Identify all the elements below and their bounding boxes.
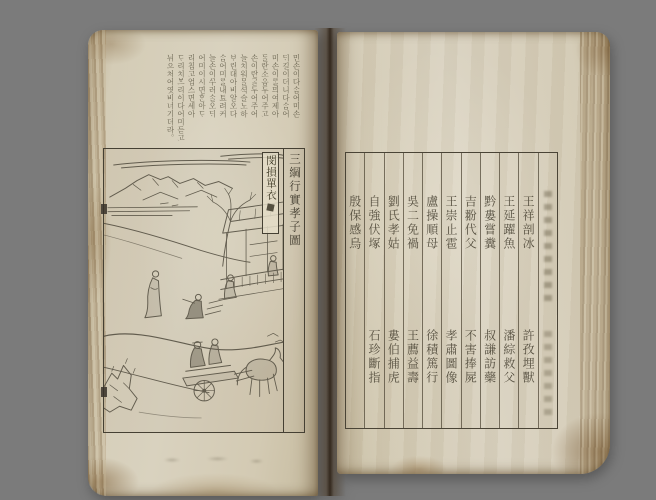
story-title-top: 王祥剖冰: [520, 195, 537, 251]
story-title-top: 盧操順母: [424, 195, 441, 251]
story-title-bottom: 孝肅圖像: [443, 329, 460, 385]
contents-column: 殷保感烏: [346, 153, 364, 428]
photo-background: 민손이다ᄉᆞᆷ어미손 ᄃᆡ길이더니다ᄉᆞᆷ어 미손이ᄅᆞᆯ믜여제아 ᄃᆞᆯ란소옴…: [0, 0, 656, 500]
woodblock-illustration: 閔損單衣: [104, 149, 283, 432]
story-title-top: 吳二免禍: [405, 195, 422, 251]
contents-column: 自強伏塚 石珍斷指: [364, 153, 383, 428]
story-title-top: 王延躍魚: [501, 195, 518, 251]
hangul-column: ᄃᆞ리치ᄫᅳ리ᅌᅵ다어미듣고: [176, 54, 186, 149]
faint-gutter-column: [538, 153, 557, 428]
story-title-bottom: 石珍斷指: [366, 329, 383, 385]
hangul-column: ᄃᆡ길이더니다ᄉᆞᆷ어: [281, 54, 291, 149]
hangul-column: 손이란ᄀᆞᆯ두어주어: [249, 54, 259, 149]
ink-smear: [544, 325, 552, 415]
story-title-top: 黔婁嘗糞: [482, 195, 499, 251]
hangul-column: 늘치워ᄆᆞᆯ셕슬노하: [239, 54, 249, 149]
contents-grid: 王祥剖冰 許孜埋獸 王延躍魚 潘綜救父 黔婁嘗糞 叔謙訪藥 吉翂代父 不害捧屍: [346, 153, 557, 428]
right-page: 王祥剖冰 許孜埋獸 王延躍魚 潘綜救父 黔婁嘗糞 叔謙訪藥 吉翂代父 不害捧屍: [337, 32, 610, 474]
contents-column: 王祥剖冰 許孜埋獸: [518, 153, 537, 428]
hangul-column: 민손이다ᄉᆞᆷ어미손: [291, 54, 301, 149]
hangul-column: 미손이ᄅᆞᆯ믜여제아: [270, 54, 280, 149]
seal-mark: [266, 203, 274, 211]
story-title-bottom: 潘綜救父: [501, 329, 518, 385]
contents-frame: 王祥剖冰 許孜埋獸 王延躍魚 潘綜救父 黔婁嘗糞 叔謙訪藥 吉翂代父 不害捧屍: [345, 152, 558, 429]
hangul-column: ᄇᆞ린대아비알오다: [228, 54, 238, 149]
contents-column: 盧操順母 徐積篤行: [422, 153, 441, 428]
hangul-column: 뉘으처어엿비너기더라。: [165, 54, 175, 149]
story-title-cartouche: 閔損單衣: [262, 152, 279, 234]
contents-column: 黔婁嘗糞 叔謙訪藥: [480, 153, 499, 428]
contents-column: 吳二免禍 王薦益壽: [403, 153, 422, 428]
contents-column: 王崇止雹 孝肅圖像: [441, 153, 460, 428]
story-title-top: 吉翂代父: [462, 195, 479, 251]
story-title-bottom: 婁伯捕虎: [385, 329, 402, 385]
story-title-bottom: 王薦益壽: [405, 329, 422, 385]
story-title-top: 劉氏孝姑: [385, 195, 402, 251]
hangul-column: 리칩고업스면세아: [186, 54, 196, 149]
ink-smudge: [146, 454, 276, 466]
book: 민손이다ᄉᆞᆷ어미손 ᄃᆡ길이더니다ᄉᆞᆷ어 미손이ᄅᆞᆯ믜여제아 ᄃᆞᆯ란소옴…: [88, 28, 612, 498]
contents-column: 吉翂代父 不害捧屍: [461, 153, 480, 428]
story-title-top: 殷保感烏: [347, 195, 364, 251]
story-title: 閔損單衣: [263, 155, 278, 201]
illustration-frame: 閔損單衣 三綱行實孝子圖: [103, 148, 305, 433]
contents-column: 劉氏孝姑 婁伯捕虎: [384, 153, 403, 428]
story-title-bottom: 叔謙訪藥: [482, 329, 499, 385]
contents-column: 王延躍魚 潘綜救父: [499, 153, 518, 428]
story-title-top: 王崇止雹: [443, 195, 460, 251]
story-title-top: 自強伏塚: [366, 195, 383, 251]
story-title-bottom: 徐積篤行: [424, 329, 441, 385]
hangul-column: 어미이시면ᄒᆞᆫ아ᄃᆞ: [197, 54, 207, 149]
story-title-bottom: 許孜埋獸: [520, 329, 537, 385]
series-title: 三綱行實孝子圖: [286, 153, 302, 432]
story-title-bottom: 不害捧屍: [462, 329, 479, 385]
hangul-annotation-block: 민손이다ᄉᆞᆷ어미손 ᄃᆡ길이더니다ᄉᆞᆷ어 미손이ᄅᆞᆯ믜여제아 ᄃᆞᆯ란소옴…: [165, 54, 301, 149]
ink-smear: [544, 191, 552, 301]
hangul-column: ᄃᆞᆯ란소옴두어주고: [260, 54, 270, 149]
series-title-column: 三綱行實孝子圖: [283, 149, 304, 432]
hangul-column: ᄉᆞᆷ어미ᄅᆞᆯ내툐려커: [218, 54, 228, 149]
left-page: 민손이다ᄉᆞᆷ어미손 ᄃᆡ길이더니다ᄉᆞᆷ어 미손이ᄅᆞᆯ믜여제아 ᄃᆞᆯ란소옴…: [88, 30, 318, 496]
hangul-column: 늘손이ᄭᅮ러ᄉᆞᆯ오ᄃᆡ: [207, 54, 217, 149]
right-fore-edge: [580, 32, 610, 474]
